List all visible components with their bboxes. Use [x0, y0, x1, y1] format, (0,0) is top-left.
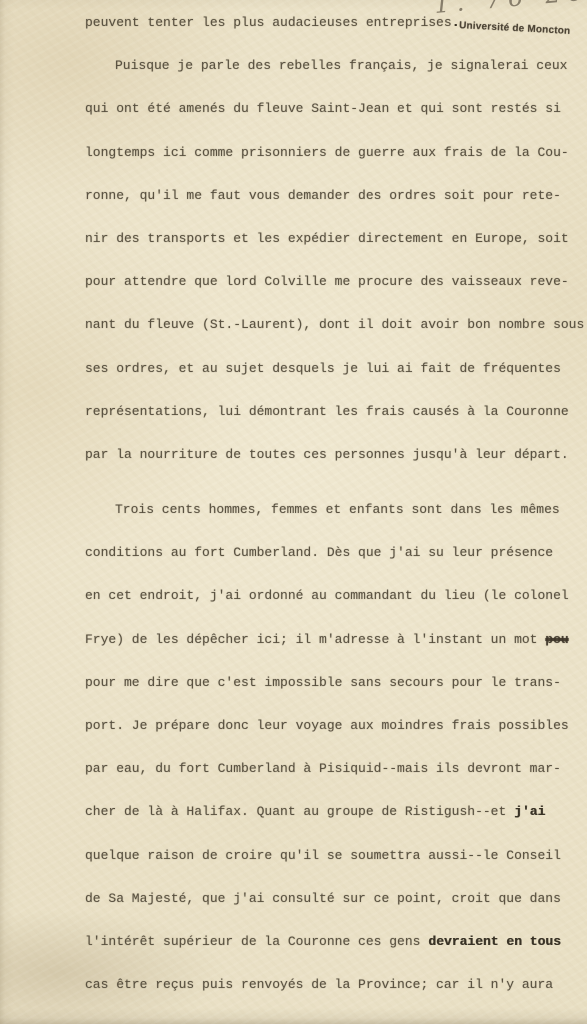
text-segment: représentations, lui démontrant les frai…	[85, 404, 569, 419]
text-segment: Trois cents hommes, femmes et enfants so…	[115, 502, 560, 517]
text-segment: pour me dire que c'est impossible sans s…	[85, 675, 561, 690]
text-segment: cas être reçus puis renvoyés de la Provi…	[85, 977, 553, 992]
text-segment: ses ordres, et au sujet desquels je lui …	[85, 361, 561, 376]
text-segment: par la nourriture de toutes ces personne…	[85, 447, 569, 462]
text-segment: cher de là à Halifax. Quant au groupe de…	[85, 804, 514, 819]
text-line: par la nourriture de toutes ces personne…	[85, 433, 587, 476]
text-line: peuvent tenter les plus audacieuses entr…	[85, 1, 587, 44]
text-line: qui ont été amenés du fleuve Saint-Jean …	[85, 87, 587, 130]
text-segment: par eau, du fort Cumberland à Pisiquid--…	[85, 761, 561, 776]
text-line: nant du fleuve (St.-Laurent), dont il do…	[85, 303, 587, 346]
text-line: conditions au fort Cumberland. Dès que j…	[85, 531, 587, 574]
text-line: par eau, du fort Cumberland à Pisiquid--…	[85, 747, 587, 790]
text-segment: en cet endroit, j'ai ordonné au commanda…	[85, 588, 569, 603]
text-line: ses ordres, et au sujet desquels je lui …	[85, 347, 587, 390]
text-line: en cet endroit, j'ai ordonné au commanda…	[85, 574, 587, 617]
text-segment: j'ai	[514, 804, 545, 819]
text-segment: .	[452, 15, 460, 30]
text-line: l'intérêt supérieur de la Couronne ces g…	[85, 920, 587, 963]
text-line: pour me dire que c'est impossible sans s…	[85, 661, 587, 704]
text-line: nir des transports et les expédier direc…	[85, 217, 587, 260]
text-line: quelque raison de croire qu'il se soumet…	[85, 834, 587, 877]
text-line: cher de là à Halifax. Quant au groupe de…	[85, 790, 587, 833]
text-line: Frye) de les dépêcher ici; il m'adresse …	[85, 618, 587, 661]
text-segment: nant du fleuve (St.-Laurent), dont il do…	[85, 317, 584, 332]
text-line: Trois cents hommes, femmes et enfants so…	[85, 488, 587, 531]
text-segment: Puisque je parle des rebelles français, …	[115, 58, 567, 73]
text-line: représentations, lui démontrant les frai…	[85, 390, 587, 433]
text-line: de Sa Majesté, que j'ai consulté sur ce …	[85, 877, 587, 920]
text-segment: ronne, qu'il me faut vous demander des o…	[85, 188, 561, 203]
text-segment: quelque raison de croire qu'il se soumet…	[85, 848, 561, 863]
text-segment: pou	[545, 632, 568, 647]
text-segment: Frye) de les dépêcher ici; il m'adresse …	[85, 632, 545, 647]
text-segment: longtemps ici comme prisonniers de guerr…	[85, 145, 569, 160]
text-segment: de Sa Majesté, que j'ai consulté sur ce …	[85, 891, 561, 906]
text-line: cas être reçus puis renvoyés de la Provi…	[85, 963, 587, 1006]
text-line: port. Je prépare donc leur voyage aux mo…	[85, 704, 587, 747]
text-segment: devraient en tous	[428, 934, 561, 949]
text-segment: l'intérêt supérieur de la Couronne ces g…	[85, 934, 428, 949]
text-segment: pour attendre que lord Colville me procu…	[85, 274, 569, 289]
text-segment: conditions au fort Cumberland. Dès que j…	[85, 545, 553, 560]
text-line: Puisque je parle des rebelles français, …	[85, 44, 587, 87]
typewritten-text: peuvent tenter les plus audacieuses entr…	[85, 1, 587, 1006]
text-line: longtemps ici comme prisonniers de guerr…	[85, 131, 587, 174]
text-segment: nir des transports et les expédier direc…	[85, 231, 569, 246]
document-page: 1. 76-26 Université de Moncton peuvent t…	[0, 0, 587, 1024]
text-segment: port. Je prépare donc leur voyage aux mo…	[85, 718, 569, 733]
text-line: ronne, qu'il me faut vous demander des o…	[85, 174, 587, 217]
text-segment: peuvent tenter les plus audacieuses entr…	[85, 15, 452, 30]
text-segment: qui ont été amenés du fleuve Saint-Jean …	[85, 101, 561, 116]
text-line: pour attendre que lord Colville me procu…	[85, 260, 587, 303]
